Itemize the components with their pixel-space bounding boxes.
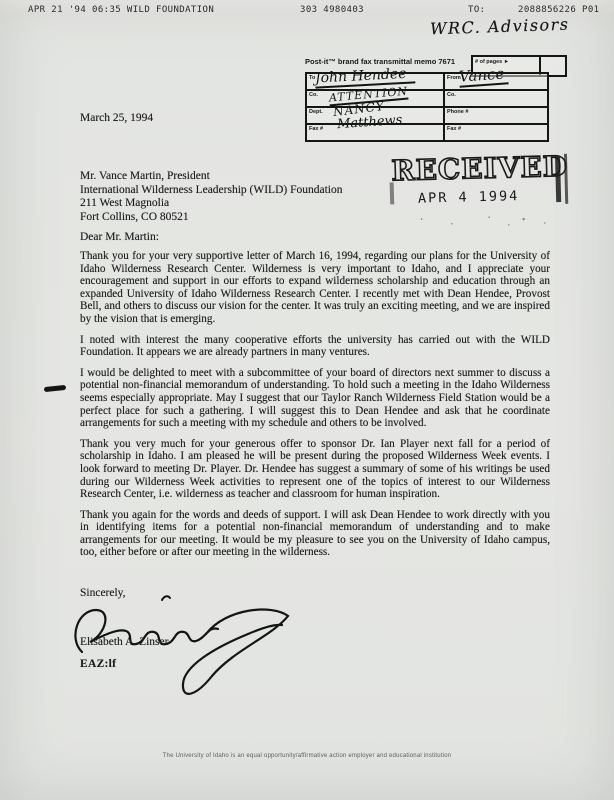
signature-image: [66, 592, 316, 707]
stamp-smudge: [406, 210, 556, 232]
received-stamp: RECEIVED APR 4 1994: [387, 148, 579, 243]
paragraph-3: I would be delighted to meet with a subc…: [80, 367, 550, 430]
paragraph-1: Thank you for your very supportive lette…: [80, 250, 550, 326]
letter-body: Thank you for your very supportive lette…: [80, 250, 550, 567]
paragraph-5: Thank you again for the words and deeds …: [80, 509, 550, 559]
memo-label-co-right: Co.: [445, 91, 545, 106]
memo-label-phone: Phone #: [445, 108, 545, 123]
recipient-name: Mr. Vance Martin, President: [80, 170, 342, 184]
postit-memo-title: Post-it™ brand fax transmittal memo 7671: [305, 57, 475, 66]
received-stamp-word: RECEIVED: [391, 150, 568, 188]
university-footer-text: The University of Idaho is an equal oppo…: [0, 753, 614, 759]
received-stamp-date: APR 4 1994: [418, 188, 520, 207]
salutation: Dear Mr. Martin:: [80, 231, 159, 243]
letter-date: March 25, 1994: [80, 112, 153, 124]
handwritten-note-wrc-advisors: WRC. Advisors: [430, 15, 570, 39]
fax-header-to-label: TO:: [468, 5, 485, 15]
recipient-city-state-zip: Fort Collins, CO 80521: [80, 211, 342, 225]
paragraph-2: I noted with interest the many cooperati…: [80, 334, 550, 359]
recipient-organization: International Wilderness Leadership (WIL…: [80, 184, 342, 198]
fax-header-sender-number: 303 4980403: [300, 5, 364, 15]
signature-pen-tick: [162, 596, 170, 600]
scanned-fax-letter-page: APR 21 '94 06:35 WILD FOUNDATION 303 498…: [0, 0, 614, 800]
recipient-address-block: Mr. Vance Martin, President Internationa…: [80, 170, 342, 224]
handwritten-margin-tick-mark: [44, 385, 66, 392]
reference-initials: EAZ:lf: [80, 658, 116, 670]
postit-fax-transmittal-memo: Post-it™ brand fax transmittal memo 7671…: [303, 57, 565, 145]
signature-stroke-flourish: [183, 610, 288, 694]
stamp-left-bar: [390, 182, 395, 204]
fax-header-destination-number: 2088856226 P01: [518, 5, 599, 15]
paragraph-4: Thank you very much for your generous of…: [80, 438, 550, 501]
received-stamp-graphic: RECEIVED APR 4 1994: [387, 148, 579, 215]
handwritten-memo-from: Vance: [458, 64, 509, 87]
typed-signature-name: Elisabeth A. Zinser: [80, 636, 168, 648]
fax-header-datetime: APR 21 '94 06:35 WILD FOUNDATION: [28, 5, 214, 15]
recipient-street: 211 West Magnolia: [80, 197, 342, 211]
memo-label-fax-right: Fax #: [445, 125, 545, 140]
